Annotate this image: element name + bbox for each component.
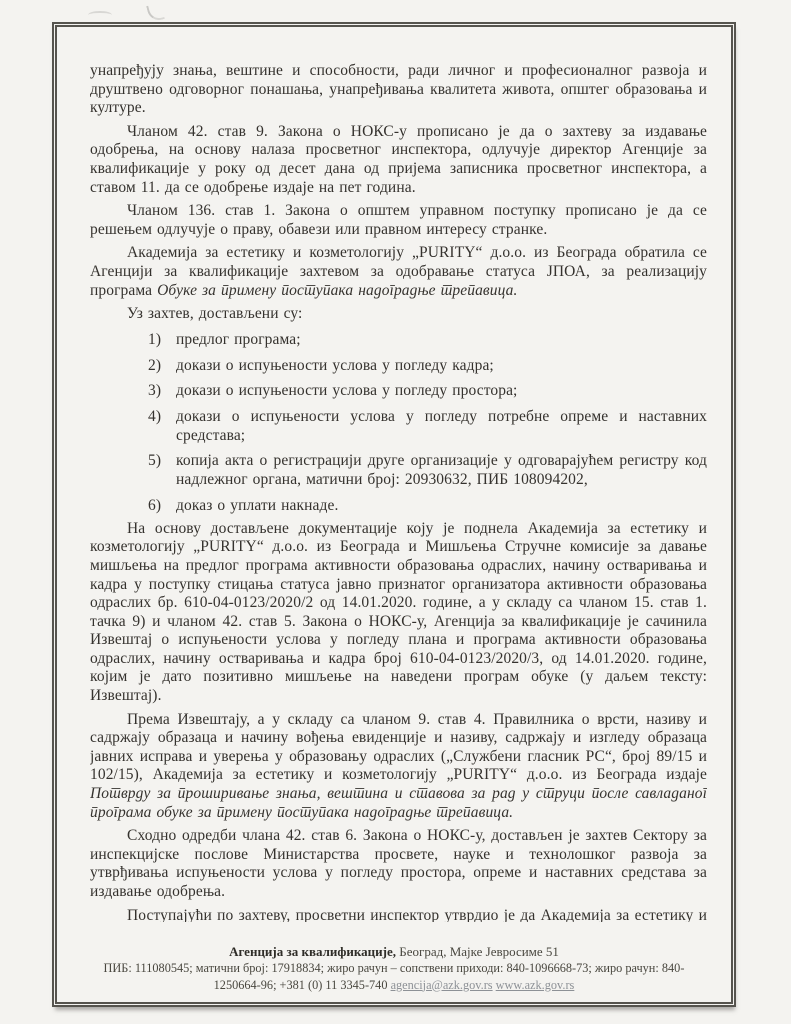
list-item: 3)докази о испуњености услова у погледу … xyxy=(148,381,707,400)
footer-org-line: Агенција за квалификације, Београд, Мајк… xyxy=(83,944,705,961)
org-name: Агенција за квалификације, xyxy=(229,944,396,959)
paragraph-law-article-42: Чланом 42. став 9. Закона о НОКС-у пропи… xyxy=(90,123,707,197)
website-link[interactable]: www.azk.gov.rs xyxy=(496,978,575,992)
scan-artifact-smudge xyxy=(88,11,112,19)
org-address: Београд, Мајке Јевросиме 51 xyxy=(396,944,559,959)
text-run: Чланом 136. став 1. Закона о општем упра… xyxy=(90,202,707,238)
paragraph-application: Академија за естетику и козметологију „P… xyxy=(90,244,707,300)
list-item: 5)копија акта о регистрацији друге орган… xyxy=(148,451,707,489)
paragraph-report-basis: На основу достављене документације коју … xyxy=(90,520,707,706)
list-item: 2)докази о испуњености услова у погледу … xyxy=(148,356,707,375)
text-run: Уз захтев, достављени су: xyxy=(127,305,302,322)
text-run: Сходно одредби члана 42. став 6. Закона … xyxy=(90,827,707,900)
paragraph-inspection-request: Сходно одредби члана 42. став 6. Закона … xyxy=(90,827,707,901)
attachment-list: 1)предлог програма; 2)докази о испуњенос… xyxy=(148,330,707,515)
list-item-text: докази о испуњености услова у погледу ка… xyxy=(176,357,494,374)
list-item-text: копија акта о регистрацији друге организ… xyxy=(176,452,707,488)
list-item-number: 6) xyxy=(148,496,161,515)
paragraph-certificate: Према Извештају, а у складу са чланом 9.… xyxy=(90,711,707,823)
footer-contact: ПИБ: 111080545; матични број: 17918834; … xyxy=(83,960,705,993)
program-title-italic: Обуке за примену поступака надоградње тр… xyxy=(157,282,517,299)
list-item-number: 3) xyxy=(148,381,161,400)
list-item-text: докази о испуњености услова у погледу пр… xyxy=(176,382,517,399)
email-link[interactable]: agencija@azk.gov.rs xyxy=(391,978,493,992)
list-item-text: предлог програма; xyxy=(176,331,301,348)
scanned-document: { "colors": { "paper": "#f4f3f0", "frame… xyxy=(0,0,791,1024)
list-item-number: 4) xyxy=(148,407,161,426)
list-item-text: докази о испуњености услова у погледу по… xyxy=(176,408,707,444)
footer: Агенција за квалификације, Београд, Мајк… xyxy=(83,944,705,994)
text-run: На основу достављене документације коју … xyxy=(90,520,707,704)
text-run: Поступајући по захтеву, просветни инспек… xyxy=(90,907,707,922)
list-item-number: 5) xyxy=(148,451,161,470)
page-frame: унапређују знања, вештине и способности,… xyxy=(52,22,736,1007)
paragraph-continuation: унапређују знања, вештине и способности,… xyxy=(90,62,707,118)
list-item: 4)докази о испуњености услова у погледу … xyxy=(148,407,707,445)
paragraph-law-article-136: Чланом 136. став 1. Закона о општем упра… xyxy=(90,202,707,239)
text-run: Према Извештају, а у складу са чланом 9.… xyxy=(90,711,707,784)
scan-artifact-pencil-check xyxy=(146,2,165,22)
certificate-title-italic: Потврду за проширивање знања, вештина и … xyxy=(90,785,707,821)
list-item-text: доказ о уплати накнаде. xyxy=(176,497,338,514)
list-item: 1)предлог програма; xyxy=(148,330,707,349)
document-body: унапређују знања, вештине и способности,… xyxy=(90,62,707,922)
text-run: Чланом 42. став 9. Закона о НОКС-у пропи… xyxy=(90,123,707,196)
text-run: унапређују знања, вештине и способности,… xyxy=(90,62,707,116)
list-item: 6)доказ о уплати накнаде. xyxy=(148,496,707,515)
list-item-number: 2) xyxy=(148,356,161,375)
paragraph-attachments-intro: Уз захтев, достављени су: xyxy=(90,305,707,324)
list-item-number: 1) xyxy=(148,330,161,349)
paragraph-inspector-findings: Поступајући по захтеву, просветни инспек… xyxy=(90,907,707,922)
